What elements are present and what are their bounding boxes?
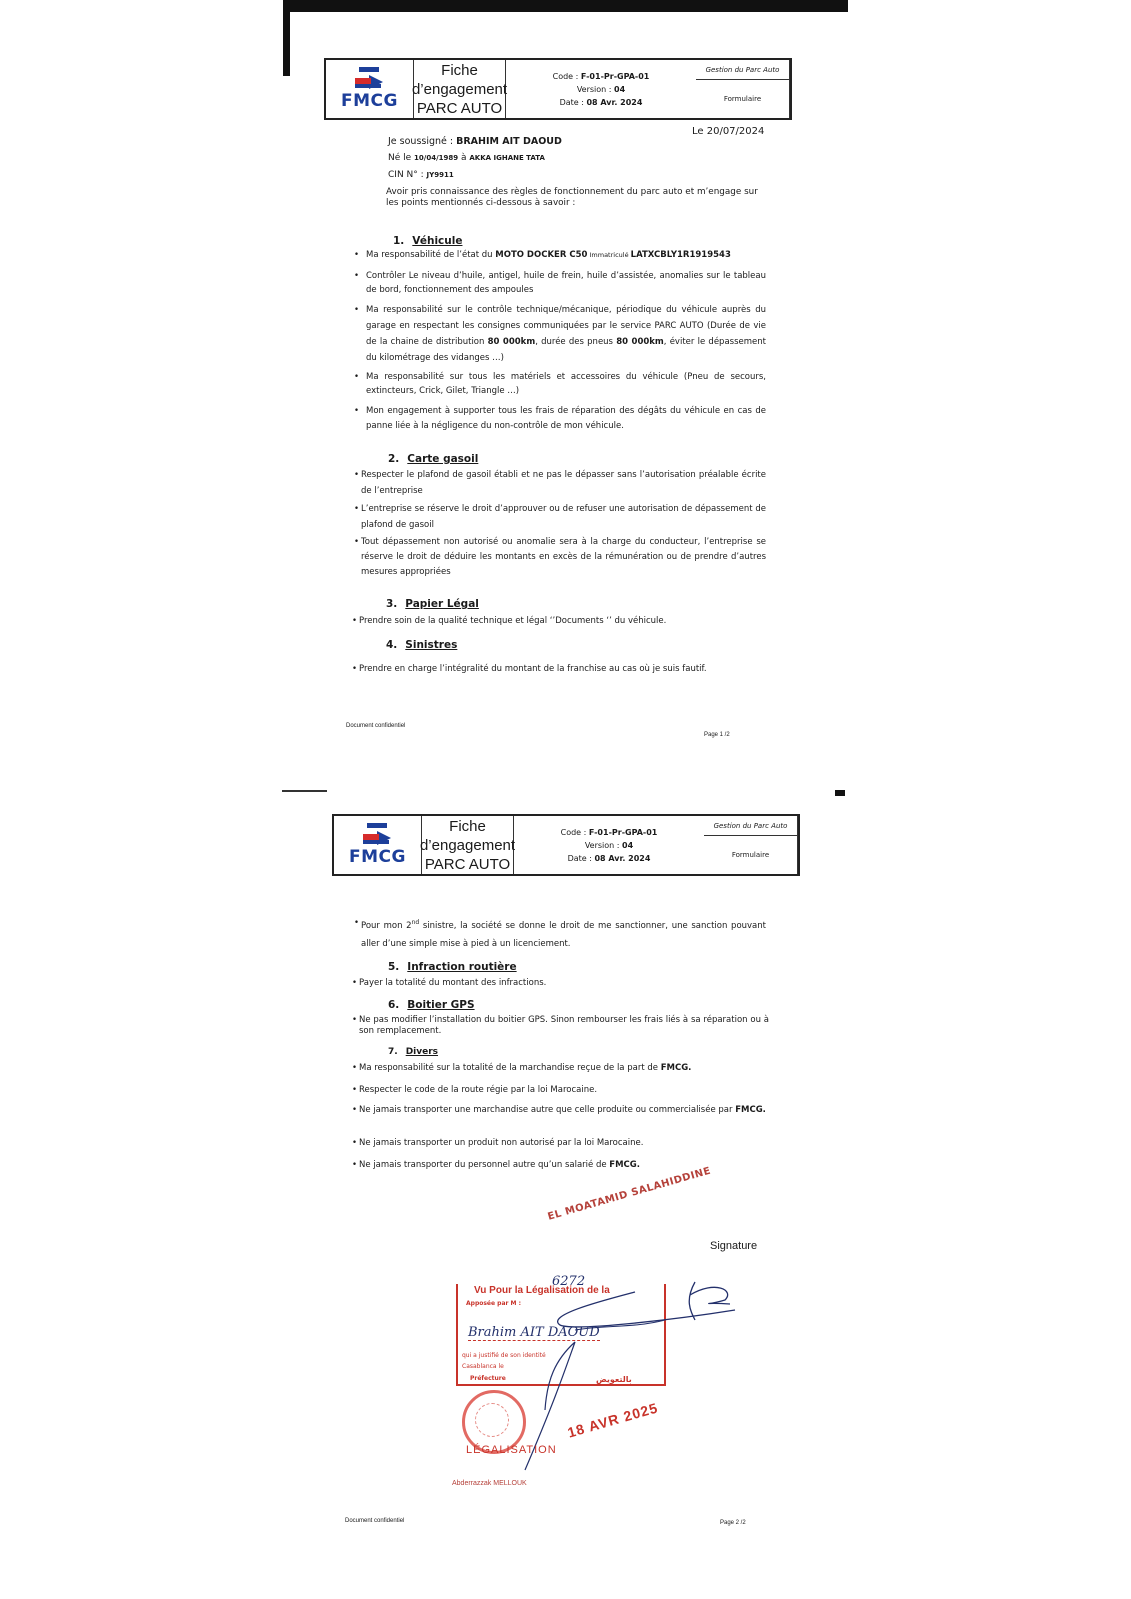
section-number: 1. — [393, 235, 404, 247]
section-gps: 6.Boitier GPS — [388, 999, 475, 1011]
section-papier-legal: 3.Papier Légal — [386, 598, 479, 610]
section-carte-gasoil: 2.Carte gasoil — [388, 453, 478, 465]
divider — [282, 790, 327, 792]
list-item: Prendre en charge l’intégralité du monta… — [359, 662, 759, 676]
list-item: Ne jamais transporter un produit non aut… — [359, 1136, 759, 1150]
section-number: 4. — [386, 639, 397, 651]
list-item: Pour mon 2nd sinistre, la société se don… — [361, 914, 766, 953]
version-label: Version : — [585, 841, 622, 850]
list-item: Ne jamais transporter une marchandise au… — [359, 1105, 769, 1116]
footer-confidential: Document confidentiel — [345, 1518, 404, 1524]
code-value: F-01-Pr-GPA-01 — [581, 72, 649, 81]
cin-label: CIN N° : — [388, 170, 427, 180]
cin-value: JY9911 — [427, 171, 454, 179]
signature-label: Signature — [710, 1240, 757, 1252]
header-title: Fiche d’engagement PARC AUTO — [422, 816, 514, 874]
bullet-text: , durée des pneus — [535, 337, 616, 347]
document-page-2: FMCG Gestion du Parc Auto Fiche d’engage… — [290, 800, 850, 1590]
section-title: Infraction routière — [407, 961, 516, 973]
company-logo: FMCG — [334, 816, 422, 874]
footer-confidential: Document confidentiel — [346, 723, 405, 729]
section-title: Boitier GPS — [407, 999, 474, 1011]
code-label: Code : — [561, 828, 589, 837]
section-title: Carte gasoil — [407, 453, 478, 465]
section-vehicule: 1.Véhicule — [393, 235, 462, 247]
list-item: Ma responsabilité sur le contrôle techni… — [366, 302, 766, 366]
vehicle-plate: LATXCBLY1R1919543 — [631, 250, 731, 260]
list-item: Ma responsabilité sur tous les matériels… — [366, 370, 766, 398]
scan-mark — [835, 790, 845, 796]
company-name: FMCG. — [609, 1160, 640, 1170]
officer-name: Abderrazzak MELLOUK — [452, 1480, 527, 1487]
cin-line: CIN N° : JY9911 — [388, 168, 454, 182]
section-title: Papier Légal — [405, 598, 479, 610]
list-item: Tout dépassement non autorisé ou anomali… — [361, 535, 766, 580]
header-meta: Code : F-01-Pr-GPA-01 Version : 04 Date … — [506, 60, 696, 118]
document-header: FMCG Gestion du Parc Auto Fiche d’engage… — [332, 814, 800, 876]
version-value: 04 — [614, 85, 625, 94]
header-title: Fiche d’engagement PARC AUTO — [414, 60, 506, 118]
list-item: Prendre soin de la qualité technique et … — [359, 614, 759, 628]
version-label: Version : — [577, 85, 614, 94]
bullet-text: Ne jamais transporter du personnel autre… — [359, 1160, 609, 1170]
list-item: L’entreprise se réserve le droit d’appro… — [361, 501, 766, 533]
date-value: 08 Avr. 2024 — [586, 98, 642, 107]
birth-label: Né le — [388, 153, 414, 163]
legalization-label: LÉGALISATION — [466, 1444, 557, 1456]
list-item: Mon engagement à supporter tous les frai… — [366, 404, 766, 434]
soussigne-line: Je soussigné : BRAHIM AIT DAOUD — [388, 135, 562, 149]
intro-paragraph: Avoir pris connaissance des règles de fo… — [386, 187, 764, 209]
company-name: FMCG. — [735, 1105, 766, 1115]
section-divers: 7.Divers — [388, 1047, 438, 1057]
header-form-type: Formulaire — [704, 836, 798, 874]
list-item: Ma responsabilité sur la totalité de la … — [359, 1061, 759, 1075]
document-page-1: FMCG Gestion du Parc Auto Fiche d’engage… — [290, 12, 850, 772]
document-date: Le 20/07/2024 — [692, 125, 764, 139]
page-number: Page 1 /2 — [704, 732, 730, 738]
section-number: 7. — [388, 1047, 398, 1057]
soussigne-label: Je soussigné : — [388, 136, 456, 147]
date-label: Date : — [560, 98, 587, 107]
title-line-1: Fiche d’engagement — [420, 817, 515, 855]
km-value: 80 000km — [488, 337, 536, 347]
immat-label: Immatriculé — [587, 251, 630, 259]
code-label: Code : — [553, 72, 581, 81]
fmcg-logo-icon — [355, 67, 385, 89]
title-line-2: PARC AUTO — [425, 855, 510, 874]
company-logo: FMCG — [326, 60, 414, 118]
birth-line: Né le 10/04/1989 à AKKA IGHANE TATA — [388, 151, 545, 165]
section-infraction: 5.Infraction routière — [388, 961, 517, 973]
section-number: 3. — [386, 598, 397, 610]
section-number: 2. — [388, 453, 399, 465]
section-title: Sinistres — [405, 639, 457, 651]
document-header: FMCG Gestion du Parc Auto Fiche d’engage… — [324, 58, 792, 120]
bullet-text: Ma responsabilité de l’état du — [366, 250, 495, 260]
code-value: F-01-Pr-GPA-01 — [589, 828, 657, 837]
birth-date: 10/04/1989 — [414, 154, 458, 162]
logo-text: FMCG — [341, 91, 398, 111]
title-line-1: Fiche d’engagement — [412, 61, 507, 99]
list-item: Ma responsabilité de l’état du MOTO DOCK… — [366, 248, 766, 262]
header-form-type: Formulaire — [696, 80, 790, 118]
list-item: Payer la totalité du montant des infract… — [359, 976, 759, 990]
logo-text: FMCG — [349, 847, 406, 867]
list-item: Respecter le plafond de gasoil établi et… — [361, 467, 766, 499]
section-sinistres: 4.Sinistres — [386, 639, 457, 651]
version-value: 04 — [622, 841, 633, 850]
company-name: FMCG. — [661, 1063, 692, 1073]
list-item: Contrôler Le niveau d’huile, antigel, hu… — [366, 269, 766, 297]
fmcg-logo-icon — [363, 823, 393, 845]
name-stamp: EL MOATAMID SALAHIDDINE — [546, 1166, 712, 1223]
date-value: 08 Avr. 2024 — [594, 854, 650, 863]
employee-name: BRAHIM AIT DAOUD — [456, 136, 562, 147]
bullet-text: Ma responsabilité sur la totalité de la … — [359, 1063, 661, 1073]
bullet-text: Ne jamais transporter une marchandise au… — [359, 1105, 735, 1115]
page-number: Page 2 /2 — [720, 1520, 746, 1526]
birth-place: AKKA IGHANE TATA — [469, 154, 545, 162]
header-department: Gestion du Parc Auto — [696, 60, 790, 80]
header-department: Gestion du Parc Auto — [704, 816, 798, 836]
section-title: Véhicule — [412, 235, 462, 247]
bullet-text: sinistre, la société se donne le droit d… — [361, 921, 766, 949]
section-number: 5. — [388, 961, 399, 973]
date-label: Date : — [568, 854, 595, 863]
section-title: Divers — [406, 1047, 438, 1057]
birth-sep: à — [458, 153, 469, 163]
scan-edge — [288, 0, 848, 12]
header-meta: Code : F-01-Pr-GPA-01 Version : 04 Date … — [514, 816, 704, 874]
bullet-text: Pour mon 2 — [361, 921, 412, 931]
list-item: Ne pas modifier l’installation du boitie… — [359, 1015, 769, 1037]
vehicle-model: MOTO DOCKER C50 — [495, 250, 587, 260]
list-item: Respecter le code de la route régie par … — [359, 1083, 759, 1097]
title-line-2: PARC AUTO — [417, 99, 502, 118]
section-number: 6. — [388, 999, 399, 1011]
km-value: 80 000km — [616, 337, 664, 347]
